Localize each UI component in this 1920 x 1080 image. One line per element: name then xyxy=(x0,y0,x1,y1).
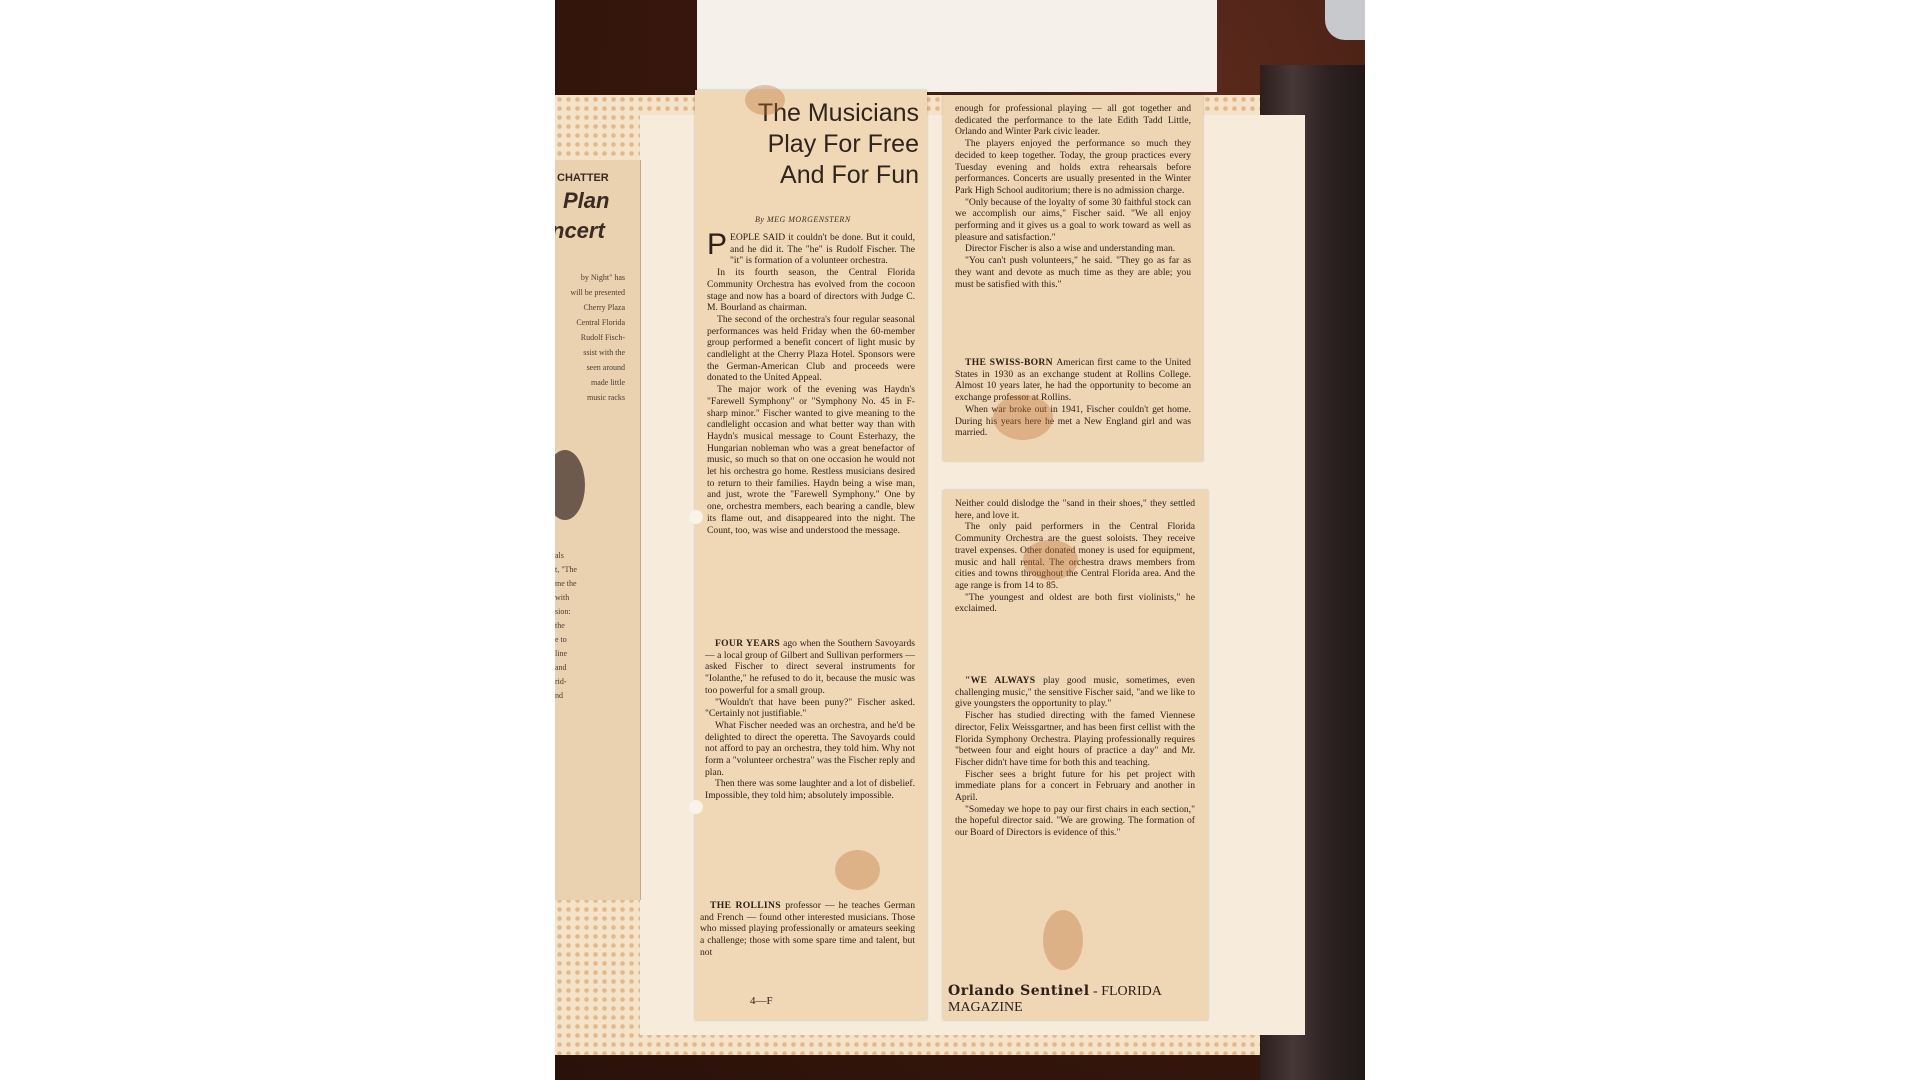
paragraph: The second of the orchestra's four regul… xyxy=(707,314,915,384)
paragraph: "WE ALWAYS play good music, sometimes, e… xyxy=(955,675,1195,710)
clip-headline-1: Plan xyxy=(563,188,609,214)
paragraph: "The youngest and oldest are both first … xyxy=(955,592,1195,615)
paragraph: THE SWISS-BORN American first came to th… xyxy=(955,357,1191,404)
lead-in: THE ROLLINS xyxy=(710,900,785,911)
masthead: Orlando Sentinel - FLORIDA MAGAZINE xyxy=(948,983,1208,1016)
newspaper-name: Orlando Sentinel xyxy=(948,983,1090,999)
paragraph: The players enjoyed the performance so m… xyxy=(955,138,1191,197)
paragraph: When war broke out in 1941, Fischer coul… xyxy=(955,404,1191,439)
paragraph: What Fischer needed was an orchestra, an… xyxy=(705,720,915,779)
title-line: And For Fun xyxy=(707,160,919,191)
stain xyxy=(745,85,785,115)
paragraph: THE ROLLINS professor — he teaches Germa… xyxy=(700,900,915,959)
paragraph: FOUR YEARS ago when the Southern Savoyar… xyxy=(705,638,915,697)
title-line: Play For Free xyxy=(707,129,919,160)
stain xyxy=(835,850,880,890)
article-clipping-3: Neither could dislodge the "sand in thei… xyxy=(943,490,1208,1020)
white-insert-paper xyxy=(697,0,1217,92)
article-column-1b: FOUR YEARS ago when the Southern Savoyar… xyxy=(705,638,915,802)
clip-fragments-2: alst, "Theme thewithsion:thee tolineandr… xyxy=(555,550,595,704)
paragraph: "Only because of the loyalty of some 30 … xyxy=(955,197,1191,244)
article-title: The Musicians Play For Free And For Fun xyxy=(707,98,919,191)
paragraph: In its fourth season, the Central Florid… xyxy=(707,267,915,314)
left-clipping: CHATTER Plan ncert by Night" haswill be … xyxy=(555,160,641,900)
clip-fragments: by Night" haswill be presentedCherry Pla… xyxy=(555,272,625,407)
title-line: The Musicians xyxy=(707,98,919,129)
article-column-3b: "WE ALWAYS play good music, sometimes, e… xyxy=(955,675,1195,839)
paragraph: The major work of the evening was Haydn'… xyxy=(707,384,915,536)
paragraph: Fischer sees a bright future for his pet… xyxy=(955,769,1195,804)
article-column-2: enough for professional playing — all go… xyxy=(955,103,1191,290)
stain xyxy=(1023,540,1078,580)
paragraph: "Wouldn't that have been puny?" Fischer … xyxy=(705,697,915,720)
paragraph: "You can't push volunteers," he said. "T… xyxy=(955,255,1191,290)
article-clipping-2: enough for professional playing — all go… xyxy=(943,95,1203,461)
page-number: 4—F xyxy=(750,995,773,1007)
paragraph: "Someday we hope to pay our first chairs… xyxy=(955,804,1195,839)
paragraph: Then there was some laughter and a lot o… xyxy=(705,778,915,801)
paragraph: PEOPLE SAID it couldn't be done. But it … xyxy=(707,232,915,267)
clip-headline-2: ncert xyxy=(555,218,605,244)
lead-in: THE SWISS-BORN xyxy=(965,357,1056,368)
background-object xyxy=(1325,0,1365,40)
article-column-1c: THE ROLLINS professor — he teaches Germa… xyxy=(700,900,915,959)
scrapbook-photo: CHATTER Plan ncert by Night" haswill be … xyxy=(555,0,1365,1080)
article-clipping-1: The Musicians Play For Free And For Fun … xyxy=(695,90,927,1020)
paragraph: enough for professional playing — all go… xyxy=(955,103,1191,138)
punch-hole xyxy=(689,800,703,814)
drop-cap: P xyxy=(707,232,727,258)
paragraph: Director Fischer is also a wise and unde… xyxy=(955,243,1191,255)
lead-in: "WE ALWAYS xyxy=(965,675,1043,686)
stain xyxy=(993,395,1053,440)
byline: By MEG MORGENSTERN xyxy=(755,215,851,224)
clip-kicker: CHATTER xyxy=(557,172,609,184)
paragraph: Fischer has studied directing with the f… xyxy=(955,710,1195,769)
lead-in: FOUR YEARS xyxy=(715,638,783,649)
punch-hole xyxy=(689,510,703,524)
article-column-2b: THE SWISS-BORN American first came to th… xyxy=(955,357,1191,439)
article-column-1: PEOPLE SAID it couldn't be done. But it … xyxy=(707,232,915,536)
stain xyxy=(1043,910,1083,970)
clip-photo xyxy=(555,450,585,520)
paragraph: Neither could dislodge the "sand in thei… xyxy=(955,498,1195,521)
